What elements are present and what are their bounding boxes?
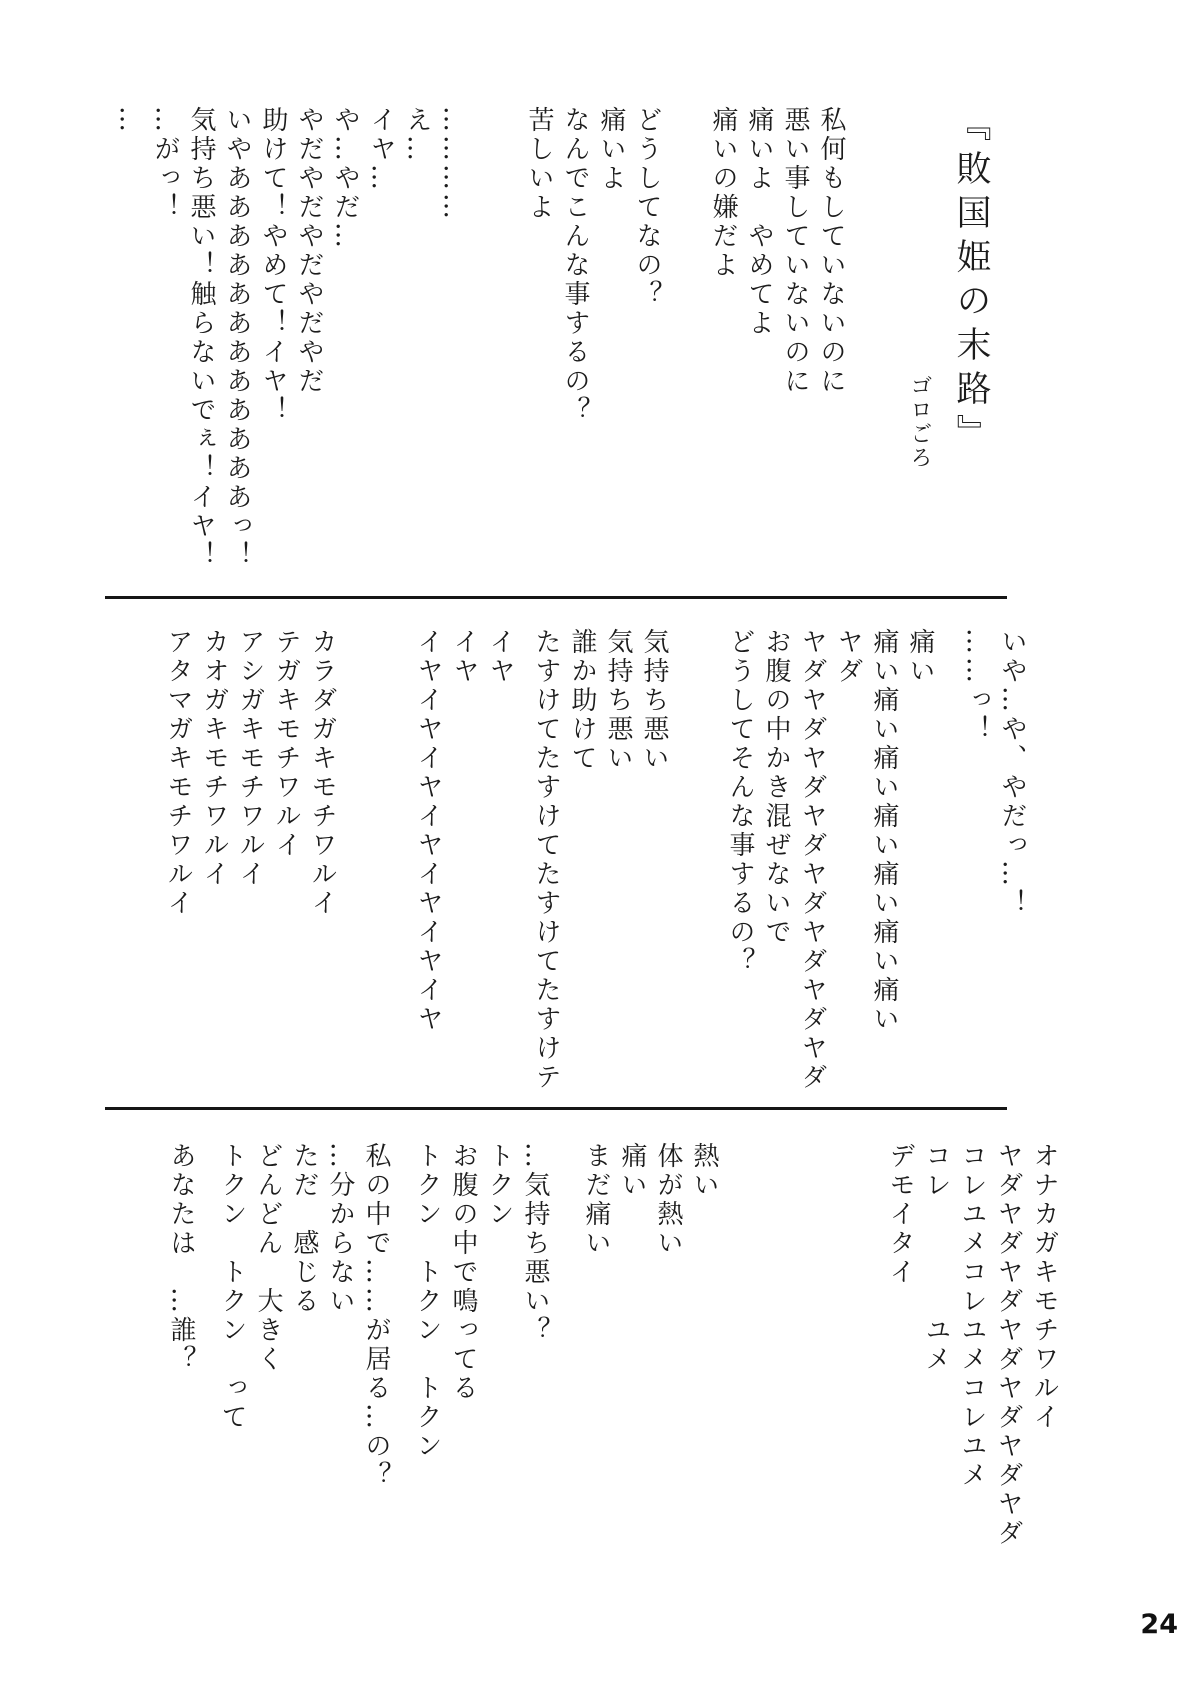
scanned-text-page: { "page": { "number": "24", "ink_color":… <box>0 0 1200 1695</box>
text-column: トクン トクン トクン <box>409 1142 445 1592</box>
text-column: コレユメコレユメコレユメ <box>954 1142 990 1592</box>
text-column: コレ ユメ <box>918 1142 954 1592</box>
text-column: やだやだやだやだやだ <box>291 106 327 584</box>
text-column: トクン <box>481 1142 517 1592</box>
text-column: 熱い <box>686 1142 722 1592</box>
text-column: 私の中で……が居る…の？ <box>358 1142 394 1592</box>
text-column: … <box>111 106 147 584</box>
text-column: 痛い <box>902 628 938 1098</box>
text-column: 痛いよ <box>593 106 629 584</box>
section-divider <box>105 596 1007 599</box>
text-column: 誰か助けて <box>564 628 600 1098</box>
column-group: あなたは …誰？ <box>163 1142 199 1592</box>
text-column: どんどん 大きく <box>250 1142 286 1592</box>
text-column: 私何もしていないのに <box>813 106 849 584</box>
text-column: ………… <box>435 106 471 584</box>
column-group: イヤイヤイヤイヤイヤイヤイヤイヤイヤ <box>410 628 518 1098</box>
column-group: カラダガキモチワルイテガキモチワルイアシガキモチワルイカオガキモチワルイアタマガ… <box>160 628 340 1098</box>
text-column: ただ 感じる <box>286 1142 322 1592</box>
text-column: お腹の中かき混ぜないで <box>758 628 794 1098</box>
text-column: え… <box>399 106 435 584</box>
text-column: イヤ <box>482 628 518 1098</box>
section-bottom: オナカガキモチワルイヤダヤダヤダヤダヤダヤダヤダコレユメコレユメコレユメコレ ユ… <box>163 1142 1062 1592</box>
text-column: 痛い痛い痛い痛い痛い痛い痛い <box>866 628 902 1098</box>
text-column: 痛い <box>614 1142 650 1592</box>
column-group: どうしてなの？痛いよなんでこんな事するの？苦しいよ <box>521 106 665 584</box>
text-column: …気持ち悪い？ <box>517 1142 553 1592</box>
text-column: オナカガキモチワルイ <box>1026 1142 1062 1592</box>
text-column: 気持ち悪い <box>636 628 672 1098</box>
text-column: カオガキモチワルイ <box>196 628 232 1098</box>
column-group: 痛い痛い痛い痛い痛い痛い痛い痛いヤダヤダヤダヤダヤダヤダヤダヤダヤダお腹の中かき… <box>722 628 938 1098</box>
column-group: オナカガキモチワルイヤダヤダヤダヤダヤダヤダヤダコレユメコレユメコレユメコレ ユ… <box>882 1142 1062 1592</box>
text-column: 痛いよ やめてよ <box>741 106 777 584</box>
section-divider <box>105 1107 1007 1110</box>
text-column: たすけてたすけてたすけてたすけテ <box>528 628 564 1098</box>
text-column: カラダガキモチワルイ <box>304 628 340 1098</box>
text-column: 痛いの嫌だよ <box>705 106 741 584</box>
column-group: 熱い体が熱い痛いまだ痛い <box>578 1142 722 1592</box>
page-number: 24 <box>1140 1609 1178 1640</box>
text-column: アシガキモチワルイ <box>232 628 268 1098</box>
text-column: いやああああああああああああっ！ <box>219 106 255 584</box>
text-column: あなたは …誰？ <box>163 1142 199 1592</box>
text-column: お腹の中で鳴ってる <box>445 1142 481 1592</box>
text-column: …がっ！ <box>147 106 183 584</box>
section-top: 『敗国姫の末路』 ゴロごろ 私何もしていないのに悪い事していないのに痛いよ やめ… <box>111 106 994 584</box>
text-column: なんでこんな事するの？ <box>557 106 593 584</box>
text-column: ヤダヤダヤダヤダヤダヤダヤダ <box>990 1142 1026 1592</box>
text-column: テガキモチワルイ <box>268 628 304 1098</box>
text-column: どうしてそんな事するの？ <box>722 628 758 1098</box>
text-column: ……っ！ <box>958 628 994 1098</box>
text-column: や…やだ… <box>327 106 363 584</box>
text-column: どうしてなの？ <box>629 106 665 584</box>
text-column: 体が熱い <box>650 1142 686 1592</box>
text-column: 気持ち悪い！触らないでぇ！イヤ！ <box>183 106 219 584</box>
text-column: ヤダヤダヤダヤダヤダヤダヤダヤダ <box>794 628 830 1098</box>
text-column: デモイタイ <box>882 1142 918 1592</box>
text-column: まだ痛い <box>578 1142 614 1592</box>
column-group: …………え…イヤ…や…やだ…やだやだやだやだやだ助けて！やめて！イヤ！いやあああ… <box>111 106 471 584</box>
text-column: …分からない <box>322 1142 358 1592</box>
text-column: アタマガキモチワルイ <box>160 628 196 1098</box>
text-column: 苦しいよ <box>521 106 557 584</box>
text-column: イヤイヤイヤイヤイヤイヤイヤ <box>410 628 446 1098</box>
text-column: ヤダ <box>830 628 866 1098</box>
column-group: いや…や、やだっ…！……っ！ <box>958 628 1030 1098</box>
column-group: 私何もしていないのに悪い事していないのに痛いよ やめてよ痛いの嫌だよ <box>705 106 849 584</box>
column-group: …気持ち悪い？トクンお腹の中で鳴ってるトクン トクン トクン <box>409 1142 553 1592</box>
author-name: ゴロごろ <box>904 106 934 584</box>
text-column: イヤ <box>446 628 482 1098</box>
text-column: いや…や、やだっ…！ <box>994 628 1030 1098</box>
text-column: 助けて！やめて！イヤ！ <box>255 106 291 584</box>
text-column: 気持ち悪い <box>600 628 636 1098</box>
text-column: イヤ… <box>363 106 399 584</box>
text-column: 悪い事していないのに <box>777 106 813 584</box>
column-group: 気持ち悪い気持ち悪い誰か助けてたすけてたすけてたすけてたすけテ <box>528 628 672 1098</box>
section-middle: いや…や、やだっ…！……っ！痛い痛い痛い痛い痛い痛い痛い痛いヤダヤダヤダヤダヤダ… <box>160 628 1030 1098</box>
text-column: トクン トクン って <box>214 1142 250 1592</box>
column-group: 私の中で……が居る…の？…分からないただ 感じるどんどん 大きくトクン トクン … <box>214 1142 394 1592</box>
page-title: 『敗国姫の末路』 <box>948 106 994 584</box>
